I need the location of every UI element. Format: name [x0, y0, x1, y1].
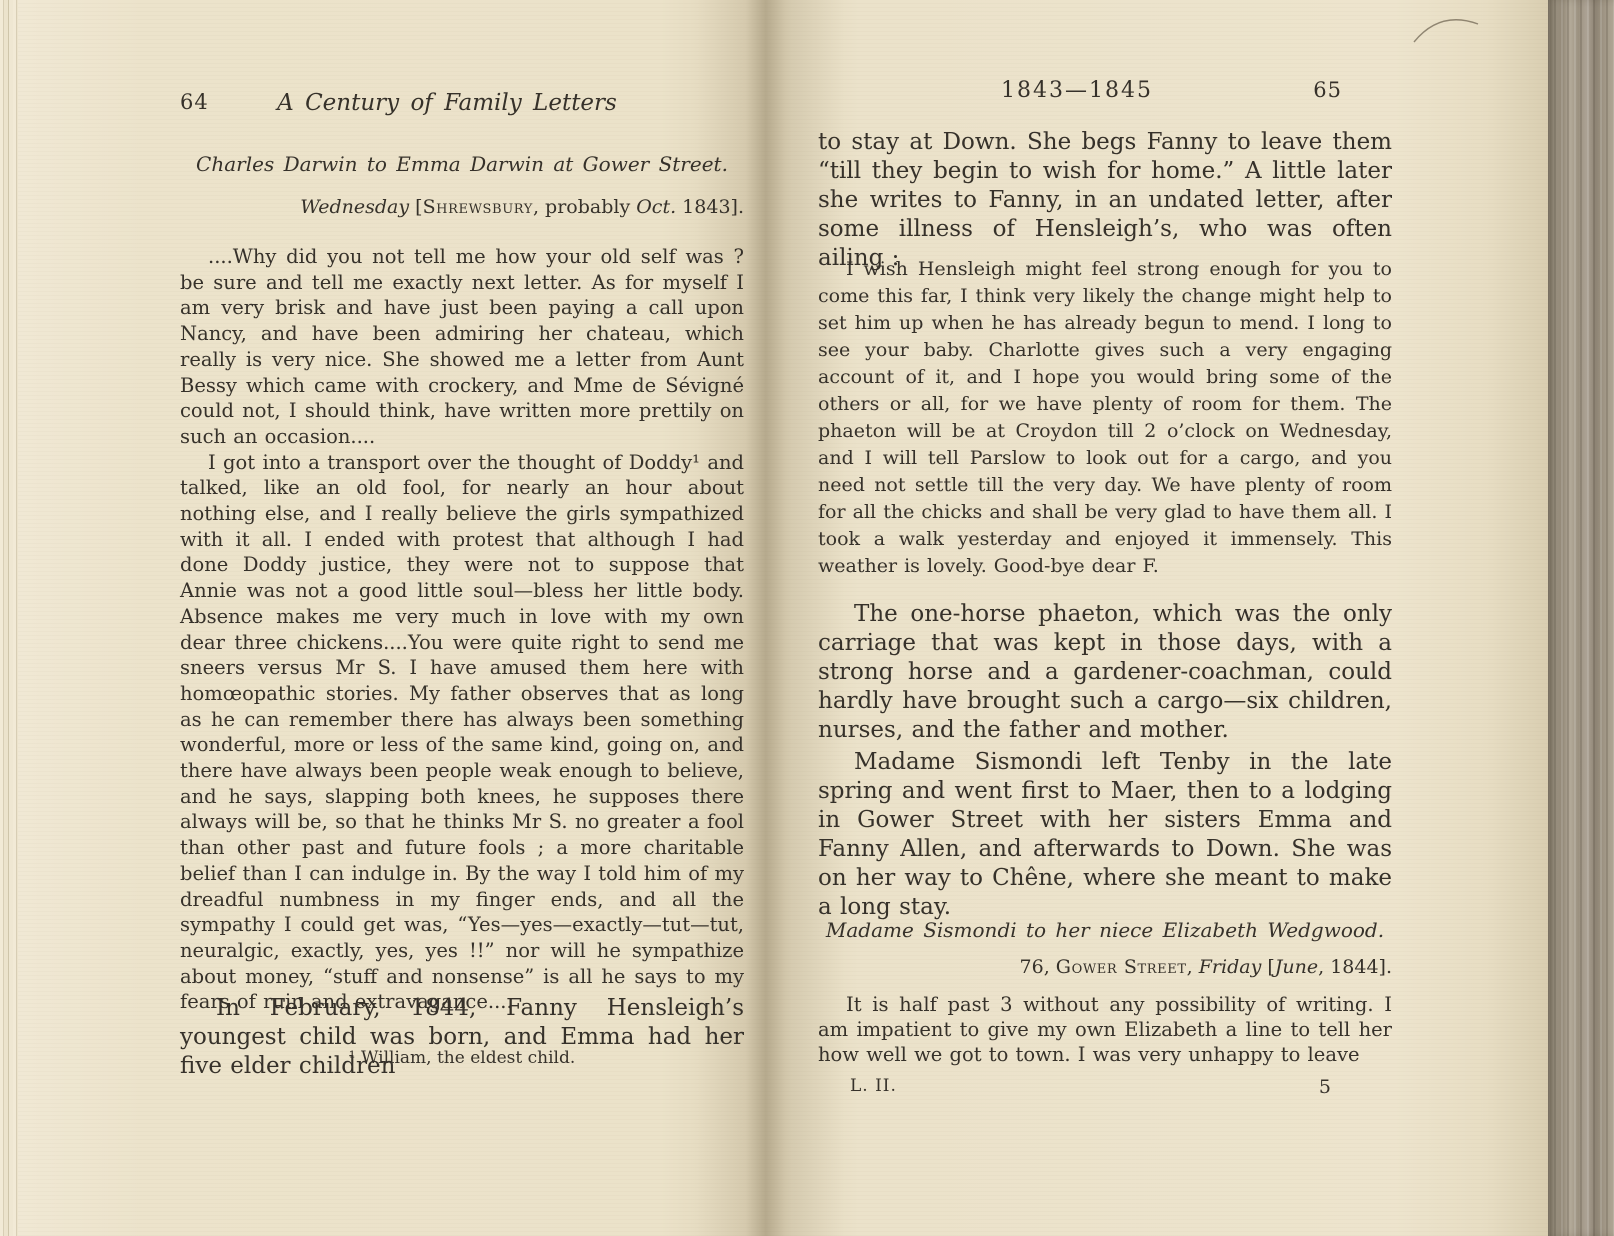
letter-dateline-shrewsbury: Wednesday [Shrewsbury, probably Oct. 184…: [180, 196, 744, 218]
book-scan: 64 A Century of Family Letters Charles D…: [0, 0, 1614, 1236]
footnote-william: ¹ William, the eldest child.: [180, 1048, 744, 1068]
running-title-left: A Century of Family Letters: [180, 90, 744, 116]
dateline-comma: ,: [1187, 956, 1199, 978]
dateline-middle: , probably: [533, 196, 636, 218]
dateline-street-number: 76,: [1020, 956, 1056, 978]
dateline-place: Shrewsbury: [423, 196, 533, 218]
right-page-number: 65: [1313, 78, 1342, 102]
letter-heading-sismondi: Madame Sismondi to her niece Elizabeth W…: [818, 918, 1392, 942]
letter-heading-darwin: Charles Darwin to Emma Darwin at Gower S…: [180, 152, 744, 176]
dateline-bracket: [: [409, 196, 422, 218]
quoted-letter-emma: I wish Hensleigh might feel strong enoug…: [818, 256, 1392, 580]
dateline-close: 1843].: [676, 196, 744, 218]
volume-signature-mark: L. II.: [850, 1076, 897, 1096]
dateline-day: Friday: [1199, 956, 1262, 978]
dateline-bracket: [: [1261, 956, 1274, 978]
editorial-intro: to stay at Down. She begs Fanny to leave…: [818, 128, 1392, 273]
editorial-paragraph-phaeton: The one-horse phaeton, which was the onl…: [818, 600, 1392, 745]
dateline-place: Gower Street: [1056, 956, 1187, 978]
right-page-footer: L. II. 5: [818, 1076, 1392, 1104]
left-page-header: 64 A Century of Family Letters: [180, 90, 744, 124]
letter-dateline-gower-street: 76, Gower Street, Friday [June, 1844].: [818, 956, 1392, 978]
dateline-close: , 1844].: [1318, 956, 1392, 978]
sismondi-letter-opening: It is half past 3 without any possibilit…: [818, 992, 1392, 1067]
dateline-month: Oct.: [636, 196, 676, 218]
letter-paragraph: I got into a transport over the thought …: [180, 450, 744, 1015]
dateline-day: Wednesday: [300, 196, 409, 218]
right-page-header: 1843—1845 65: [818, 78, 1392, 112]
darwin-letter-body: ....Why did you not tell me how your old…: [180, 244, 744, 1015]
running-title-right: 1843—1845: [818, 78, 1392, 103]
dateline-month: June: [1275, 956, 1318, 978]
left-page: 64 A Century of Family Letters Charles D…: [180, 0, 744, 1236]
right-page-edges: [1548, 0, 1614, 1236]
left-page-number: 64: [180, 90, 209, 114]
right-page: 1843—1845 65 to stay at Down. She begs F…: [818, 0, 1392, 1236]
letter-paragraph: ....Why did you not tell me how your old…: [180, 244, 744, 450]
left-page-edges: [0, 0, 18, 1236]
scan-hair-artifact: [1412, 4, 1482, 48]
gathering-page-number: 5: [1319, 1076, 1332, 1098]
editorial-paragraph-sismondi: Madame Sismondi left Tenby in the late s…: [818, 748, 1392, 922]
